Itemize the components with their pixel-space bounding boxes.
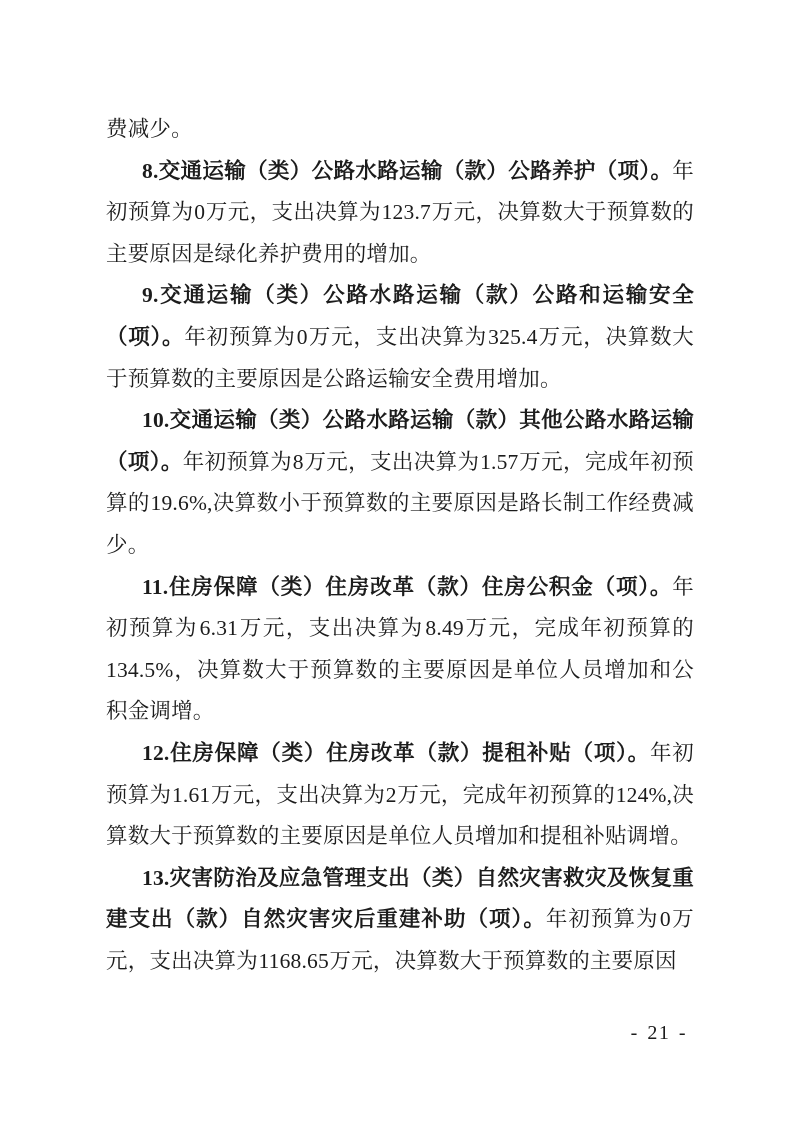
text-segment: 年初预算为 0 万元，支出决算为 325.4 万元，决算数大于预算数的主要原因是… [106,325,694,391]
paragraph: 13.灾害防治及应急管理支出（类）自然灾害救灾及恢复重建支出（款）自然灾害灾后重… [106,858,694,983]
paragraph: 费减少。 [106,109,694,151]
paragraph: 9.交通运输（类）公路水路运输（款）公路和运输安全（项）。年初预算为 0 万元，… [106,275,694,400]
heading-segment: 8.交通运输（类）公路水路运输（款）公路养护（项）。 [142,159,672,183]
text-segment: 年初预算为 8 万元，支出决算为 1.57 万元，完成年初预算的 19.6%,决… [106,450,694,557]
heading-segment: 11.住房保障（类）住房改革（款）住房公积金（项）。 [142,575,672,599]
document-page: 费减少。8.交通运输（类）公路水路运输（款）公路养护（项）。年初预算为 0 万元… [0,0,793,1122]
paragraph: 12.住房保障（类）住房改革（款）提租补贴（项）。年初预算为 1.61 万元，支… [106,733,694,858]
page-number: - 21 - [631,1022,687,1045]
text-segment: 费减少。 [106,117,193,141]
heading-segment: 12.住房保障（类）住房改革（款）提租补贴（项）。 [142,741,650,765]
paragraph: 10.交通运输（类）公路水路运输（款）其他公路水路运输（项）。年初预算为 8 万… [106,400,694,566]
document-body: 费减少。8.交通运输（类）公路水路运输（款）公路养护（项）。年初预算为 0 万元… [106,109,694,982]
paragraph: 8.交通运输（类）公路水路运输（款）公路养护（项）。年初预算为 0 万元，支出决… [106,151,694,276]
paragraph: 11.住房保障（类）住房改革（款）住房公积金（项）。年初预算为 6.31 万元，… [106,567,694,733]
